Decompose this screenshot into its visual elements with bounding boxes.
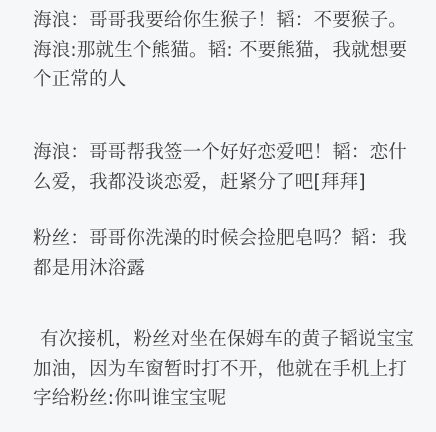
text-line: 字给粉丝:你叫谁宝宝呢 xyxy=(33,384,403,414)
text-line: 有次接机，粉丝对坐在保姆车的黄子韬说宝宝 xyxy=(33,325,403,355)
text-line: 加油，因为车窗暂时打不开，他就在手机上打 xyxy=(33,355,403,385)
text-line: 个正常的人 xyxy=(33,65,403,95)
paragraph-airport: 有次接机，粉丝对坐在保姆车的黄子韬说宝宝 加油，因为车窗暂时打不开，他就在手机上… xyxy=(33,325,403,414)
text-line: 粉丝：哥哥你洗澡的时候会捡肥皂吗？韬：我 xyxy=(33,224,403,254)
text-line: 海浪:那就生个熊猫。韬: 不要熊猫，我就想要 xyxy=(33,36,403,66)
text-line: 海浪：哥哥我要给你生猴子！韬：不要猴子。 xyxy=(33,6,403,36)
text-line: 海浪：哥哥帮我签一个好好恋爱吧！韬：恋什 xyxy=(33,138,403,168)
document-body: 海浪：哥哥我要给你生猴子！韬：不要猴子。 海浪:那就生个熊猫。韬: 不要熊猫，我… xyxy=(0,0,436,432)
text-line: 么爱，我都没谈恋爱，赶紧分了吧[拜拜] xyxy=(33,168,403,198)
paragraph-monkey-panda: 海浪：哥哥我要给你生猴子！韬：不要猴子。 海浪:那就生个熊猫。韬: 不要熊猫，我… xyxy=(33,6,403,95)
paragraph-sign-love: 海浪：哥哥帮我签一个好好恋爱吧！韬：恋什 么爱，我都没谈恋爱，赶紧分了吧[拜拜] xyxy=(33,138,403,197)
paragraph-soap: 粉丝：哥哥你洗澡的时候会捡肥皂吗？韬：我 都是用沐浴露 xyxy=(33,224,403,283)
text-line: 都是用沐浴露 xyxy=(33,254,403,284)
